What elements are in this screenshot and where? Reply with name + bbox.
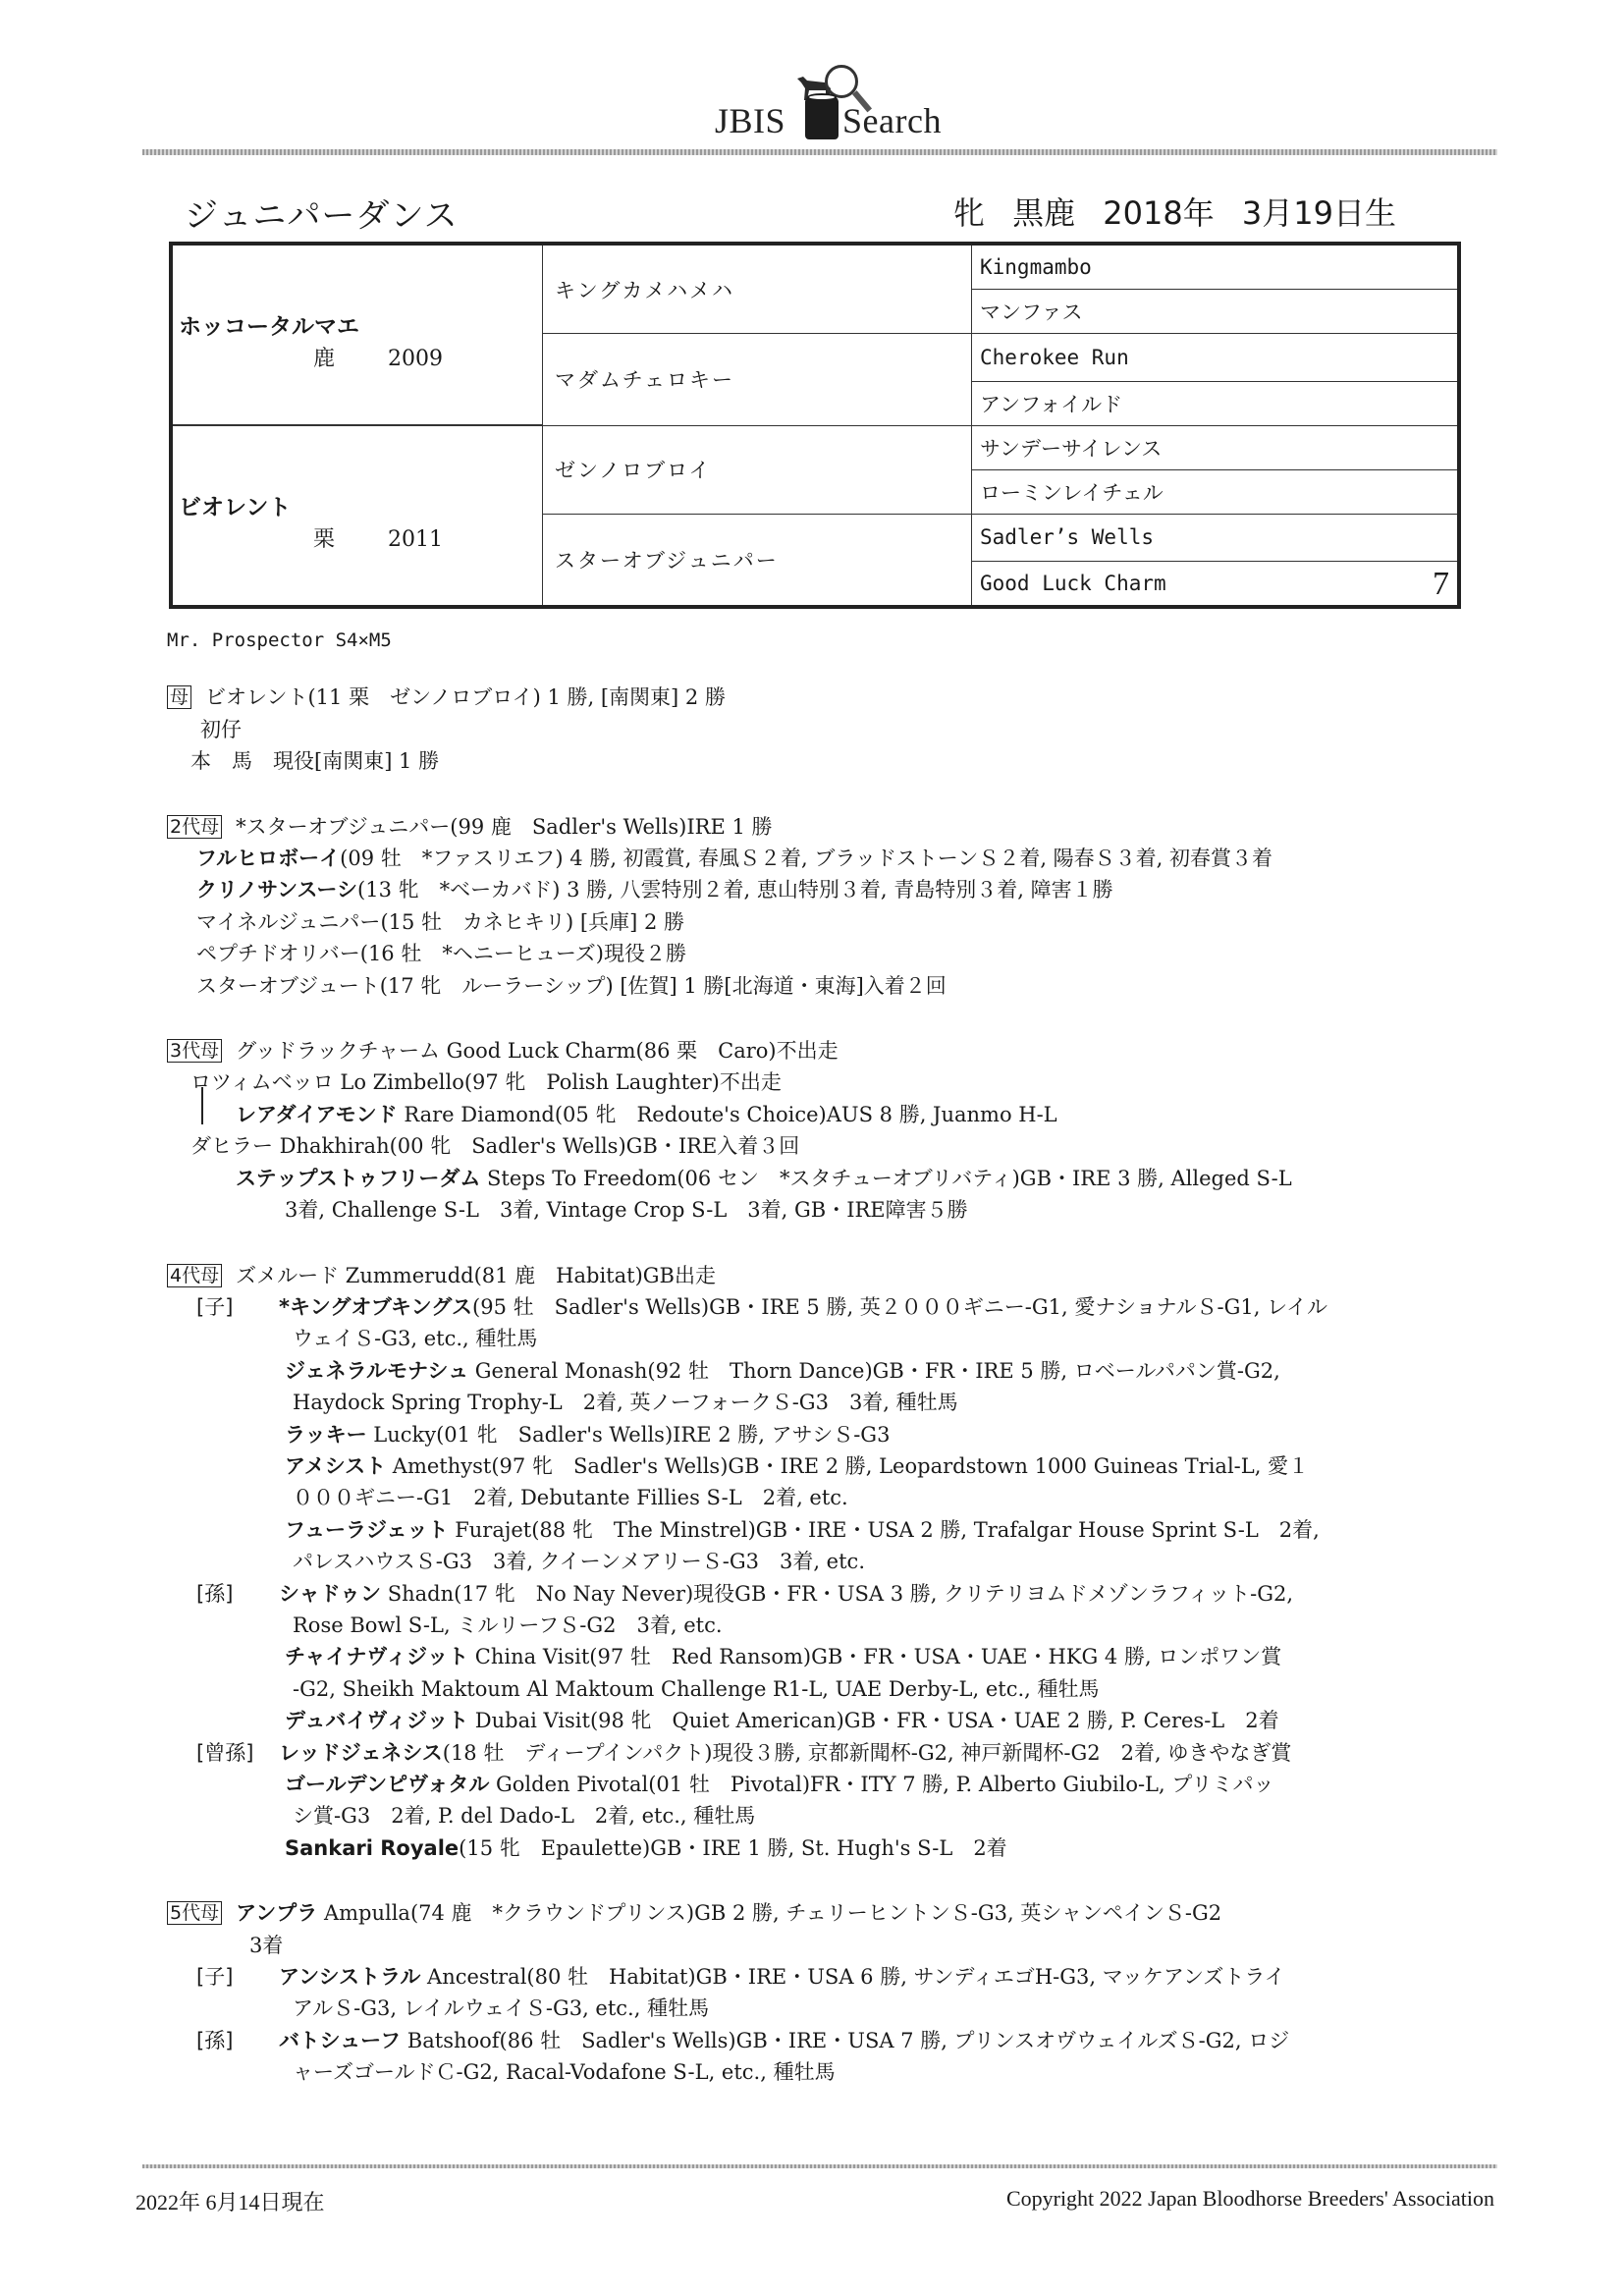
list-item: ゴールデンピヴォタル Golden Pivotal(01 牡 Pivotal)F…: [167, 1769, 1473, 1800]
section-tag-2nd-dam: 2代母: [167, 815, 222, 839]
list-item: ラッキー Lucky(01 牝 Sadler's Wells)IRE 2 勝, …: [167, 1419, 1473, 1450]
section-tag-4th-dam: 4代母: [167, 1264, 222, 1287]
self-record: 本 馬 現役[南関東] 1 勝: [167, 745, 1473, 777]
dam-cell: ビオレント 栗2011: [171, 425, 543, 607]
second-dam-record: *スターオブジュニパー(99 鹿 Sadler's Wells)IRE 1 勝: [236, 815, 772, 839]
sire-name: ホッコータルマエ: [179, 308, 359, 341]
list-item-continued: ウェイＳ-G3, etc., 種牡馬: [167, 1323, 1473, 1354]
dam-note: 初仔: [167, 714, 1473, 745]
horse-name-title: ジュニパーダンス: [185, 189, 459, 237]
list-item-continued: パレスハウスＳ-G3 3着, クイーンメアリーＳ-G3 3着, etc.: [167, 1546, 1473, 1577]
footer-divider: [142, 2164, 1497, 2168]
list-item-continued: 3着, Challenge S-L 3着, Vintage Crop S-L 3…: [167, 1194, 1473, 1226]
dam-dam-cell: スターオブジュニパー: [543, 514, 972, 607]
list-item-continued: Rose Bowl S-L, ミルリーフＳ-G2 3着, etc.: [167, 1610, 1473, 1641]
logo-text-jbis: JBIS: [715, 100, 785, 141]
ancestor-cell: Good Luck Charm 7: [972, 562, 1460, 608]
fourth-dam-section: 4代母ズメルード Zummerudd(81 鹿 Habitat)GB出走 [子]…: [167, 1260, 1473, 1865]
dam-color: 栗: [313, 527, 335, 552]
birth-date: 3月19日生: [1242, 194, 1396, 232]
database-can-icon: [805, 96, 839, 139]
jbis-search-logo: JBIS Search: [715, 57, 950, 147]
list-item: レアダイアモンド Rare Diamond(05 牝 Redoute's Cho…: [167, 1099, 1473, 1130]
ancestor-cell: アンフォイルド: [972, 381, 1460, 425]
family-record: Mr. Prospector S4×M5 母ビオレント(11 栗 ゼンノロブロイ…: [167, 625, 1473, 2122]
header-divider: [142, 149, 1497, 155]
list-item: ペプチドオリバー(16 牡 *ヘニーヒューズ)現役２勝: [167, 938, 1473, 969]
section-tag-3rd-dam: 3代母: [167, 1039, 222, 1063]
list-item: Sankari Royale(15 牝 Epaulette)GB・IRE 1 勝…: [167, 1832, 1473, 1864]
sire-color: 鹿: [313, 347, 335, 371]
list-item: フューラジェット Furajet(88 牝 The Minstrel)GB・IR…: [167, 1514, 1473, 1546]
dam-record: ビオレント(11 栗 ゼンノロブロイ) 1 勝, [南関東] 2 勝: [205, 685, 726, 709]
list-item-continued: ０００ギニー-G1 2着, Debutante Fillies S-L 2着, …: [167, 1482, 1473, 1513]
as-of-date: 2022年 6月14日現在: [135, 2186, 325, 2216]
sire-dam-cell: マダムチェロキー: [543, 334, 972, 426]
dam-year: 2011: [388, 527, 443, 552]
list-item: [子]*キングオブキングス(95 牡 Sadler's Wells)GB・IRE…: [167, 1291, 1473, 1323]
dam-section: 母ビオレント(11 栗 ゼンノロブロイ) 1 勝, [南関東] 2 勝 初仔 本…: [167, 682, 1473, 777]
horse-color: 黒鹿: [1012, 194, 1075, 232]
dam-name: ビオレント: [179, 489, 291, 521]
lineage-connector: [201, 1087, 203, 1124]
family-number: 7: [1433, 566, 1449, 603]
section-tag-5th-dam: 5代母: [167, 1901, 222, 1925]
list-item: [子]アンシストラル Ancestral(80 牡 Habitat)GB・IRE…: [167, 1961, 1473, 1993]
birth-year: 2018年: [1103, 194, 1214, 232]
list-item: デュバイヴィジット Dubai Visit(98 牝 Quiet America…: [167, 1705, 1473, 1736]
list-item-continued: -G2, Sheikh Maktoum Al Maktoum Challenge…: [167, 1673, 1473, 1705]
list-item: フルヒロボーイ(09 牡 *ファスリエフ) 4 勝, 初霞賞, 春風Ｓ２着, ブ…: [167, 843, 1473, 874]
list-item-continued: 3着: [167, 1930, 1473, 1961]
copyright: Copyright 2022 Japan Bloodhorse Breeders…: [1006, 2186, 1494, 2212]
pedigree-table: ホッコータルマエ 鹿2009 キングカメハメハ Kingmambo マンファス …: [169, 242, 1461, 609]
ancestor-cell: Kingmambo: [972, 244, 1460, 290]
list-item: [孫]シャドゥン Shadn(17 牝 No Nay Never)現役GB・FR…: [167, 1578, 1473, 1610]
list-item: ダヒラー Dhakhirah(00 牝 Sadler's Wells)GB・IR…: [167, 1130, 1473, 1162]
sire-cell: ホッコータルマエ 鹿2009: [171, 244, 543, 425]
list-item: アメシスト Amethyst(97 牝 Sadler's Wells)GB・IR…: [167, 1450, 1473, 1482]
list-item: [孫]バトシューフ Batshoof(86 牡 Sadler's Wells)G…: [167, 2025, 1473, 2056]
second-dam-section: 2代母*スターオブジュニパー(99 鹿 Sadler's Wells)IRE 1…: [167, 811, 1473, 1002]
list-item-continued: アルＳ-G3, レイルウェイＳ-G3, etc., 種牡馬: [167, 1993, 1473, 2024]
list-item: ロツィムベッロ Lo Zimbello(97 牝 Polish Laughter…: [167, 1066, 1473, 1098]
list-item: ステップストゥフリーダム Steps To Freedom(06 セン *スタチ…: [167, 1163, 1473, 1194]
list-item-continued: Haydock Spring Trophy-L 2着, 英ノーフォークＳ-G3 …: [167, 1387, 1473, 1418]
list-item: チャイナヴィジット China Visit(97 牡 Red Ransom)GB…: [167, 1641, 1473, 1672]
list-item: スターオブジュート(17 牝 ルーラーシップ) [佐賀] 1 勝[北海道・東海]…: [167, 970, 1473, 1002]
dam-sire-cell: ゼンノロブロイ: [543, 425, 972, 514]
ancestor-cell: Sadler’s Wells: [972, 514, 1460, 562]
ancestor-name: Good Luck Charm: [980, 572, 1166, 595]
list-item-continued: シ賞-G3 2着, P. del Dado-L 2着, etc., 種牡馬: [167, 1800, 1473, 1831]
list-item: ジェネラルモナシュ General Monash(92 牡 Thorn Danc…: [167, 1355, 1473, 1387]
list-item-continued: ャーズゴールドＣ-G2, Racal-Vodafone S-L, etc., 種…: [167, 2056, 1473, 2088]
logo-text-search: Search: [842, 100, 942, 141]
fifth-dam-section: 5代母アンプラ Ampulla(74 鹿 *クラウンドプリンス)GB 2 勝, …: [167, 1897, 1473, 2088]
horse-sex: 牝: [953, 194, 985, 232]
ancestor-cell: Cherokee Run: [972, 334, 1460, 382]
ancestor-cell: マンファス: [972, 290, 1460, 334]
third-dam-record: グッドラックチャーム Good Luck Charm(86 栗 Caro)不出走: [236, 1039, 839, 1063]
fourth-dam-record: ズメルード Zummerudd(81 鹿 Habitat)GB出走: [236, 1264, 716, 1287]
list-item: クリノサンスーシ(13 牝 *ベーカバド) 3 勝, 八雲特別２着, 恵山特別３…: [167, 874, 1473, 905]
sire-year: 2009: [388, 347, 443, 371]
ancestor-cell: サンデーサイレンス: [972, 425, 1460, 469]
section-tag-dam: 母: [167, 685, 191, 709]
list-item: [曾孫]レッドジェネシス(18 牡 ディープインパクト)現役３勝, 京都新聞杯-…: [167, 1737, 1473, 1769]
dam-meta: 栗2011: [313, 522, 443, 553]
sire-meta: 鹿2009: [313, 342, 443, 372]
sire-sire-cell: キングカメハメハ: [543, 244, 972, 334]
third-dam-section: 3代母グッドラックチャーム Good Luck Charm(86 栗 Caro)…: [167, 1035, 1473, 1226]
ancestor-cell: ローミンレイチェル: [972, 469, 1460, 514]
list-item: マイネルジュニパー(15 牡 カネヒキリ) [兵庫] 2 勝: [167, 906, 1473, 938]
horse-profile: 牝 黒鹿 2018年 3月19日生: [936, 189, 1396, 234]
inbreeding-note: Mr. Prospector S4×M5: [167, 625, 1473, 656]
